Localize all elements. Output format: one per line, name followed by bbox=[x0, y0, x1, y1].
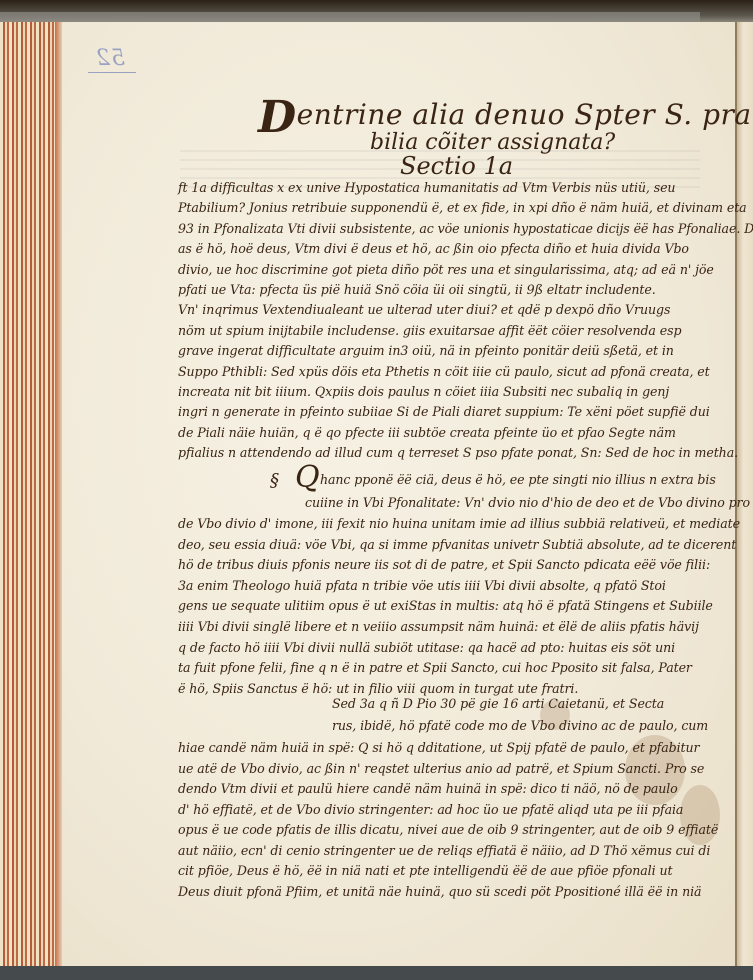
text-line: gens ue sequate ulitiim opus ë ut exiSta… bbox=[178, 600, 713, 613]
page-number-underline bbox=[88, 72, 136, 73]
text-line: ue atë de Vbo divio, ac ßin n' reqstet u… bbox=[178, 763, 704, 776]
paragraph-initial: Q bbox=[295, 460, 320, 495]
text-line: Ptabilium? Jonius retribuie supponendü ë… bbox=[178, 202, 747, 215]
text-line: Vn' inqrimus Vextendiualeant ue ulterad … bbox=[178, 304, 670, 317]
paragraph-marker: § bbox=[270, 470, 279, 491]
page-number: 52 bbox=[95, 46, 125, 71]
text-line: rus, ibidë, hö pfatë code mo de Vbo divi… bbox=[332, 720, 708, 733]
text-line: ë hö, Spiis Sanctus ë hö: ut in filio vi… bbox=[178, 683, 578, 696]
decorated-initial: D bbox=[258, 92, 297, 143]
book-bottom-shadow bbox=[0, 966, 753, 980]
text-line: pfialius n attendendo ad illud cum q ter… bbox=[178, 447, 738, 460]
text-line: pfati ue Vta: pfecta üs pië huiä Snö cöi… bbox=[178, 284, 656, 297]
text-line: hiae candë näm huiä in spë: Q si hö q dd… bbox=[178, 742, 699, 755]
text-line: Deus diuit pfonä Pfiim, et unitä näe hui… bbox=[178, 886, 701, 899]
text-line: opus ë ue code pfatis de illis dicatu, n… bbox=[178, 824, 718, 837]
text-line: increata nit bit iiium. Qxpiis dois paul… bbox=[178, 386, 669, 399]
text-line: nöm ut spium inijtabile includense. giis… bbox=[178, 325, 681, 338]
text-line: as ë hö, hoë deus, Vtm divi ë deus et hö… bbox=[178, 243, 689, 256]
text-line: ft 1a difficultas x ex unive Hypostatica… bbox=[178, 182, 675, 195]
text-line: de Vbo divio d' imone, iii fexit nio hui… bbox=[178, 518, 740, 531]
text-line: cit pfiöe, Deus ë hö, ëë in niä nati et … bbox=[178, 865, 672, 878]
text-line: Suppo Pthibli: Sed xpüs döis eta Pthetis… bbox=[178, 366, 710, 379]
page-stack-edges bbox=[0, 22, 60, 970]
text-line: q de facto hö iiii Vbi divii nullä subiö… bbox=[178, 642, 675, 655]
text-line: Sed 3a q ñ D Pio 30 pë gie 16 arti Caiet… bbox=[332, 698, 664, 711]
text-line: hanc pponë ëë ciä, deus ë hö, ee pte sin… bbox=[320, 474, 716, 487]
heading-section: Sectio 1a bbox=[400, 152, 513, 180]
text-line: grave ingerat difficultate arguim in3 oi… bbox=[178, 345, 674, 358]
text-line: d' hö effiatë, et de Vbo divio stringent… bbox=[178, 804, 683, 817]
text-line: aut näiio, ecn' di cenio stringenter ue … bbox=[178, 845, 710, 858]
text-line: de Piali näie huiän, q ë qo pfecte iii s… bbox=[178, 427, 676, 440]
text-line: ta fuit pfone felii, fine q n ë in patre… bbox=[178, 662, 692, 675]
text-line: divio, ue hoc discrimine got pieta diño … bbox=[178, 264, 714, 277]
text-line: deo, seu essia diuä: vöe Vbi, qa si imme… bbox=[178, 539, 736, 552]
text-line: 3a enim Theologo huiä pfata n tribie vöe… bbox=[178, 580, 666, 593]
text-line: cuiine in Vbi Pfonalitate: Vn' dvio nio … bbox=[305, 497, 750, 510]
text-line: 93 in Pfonalizata Vti divii subsistente,… bbox=[178, 223, 753, 236]
text-line: ingri n generate in pfeinto subiiae Si d… bbox=[178, 406, 710, 419]
text-line: hö de tribus diuis pfonis neure iis sot … bbox=[178, 559, 710, 572]
text-line: dendo Vtm divii et paulü hiere candë näm… bbox=[178, 783, 678, 796]
text-line: iiii Vbi divii singlë libere et n veiiio… bbox=[178, 621, 699, 634]
